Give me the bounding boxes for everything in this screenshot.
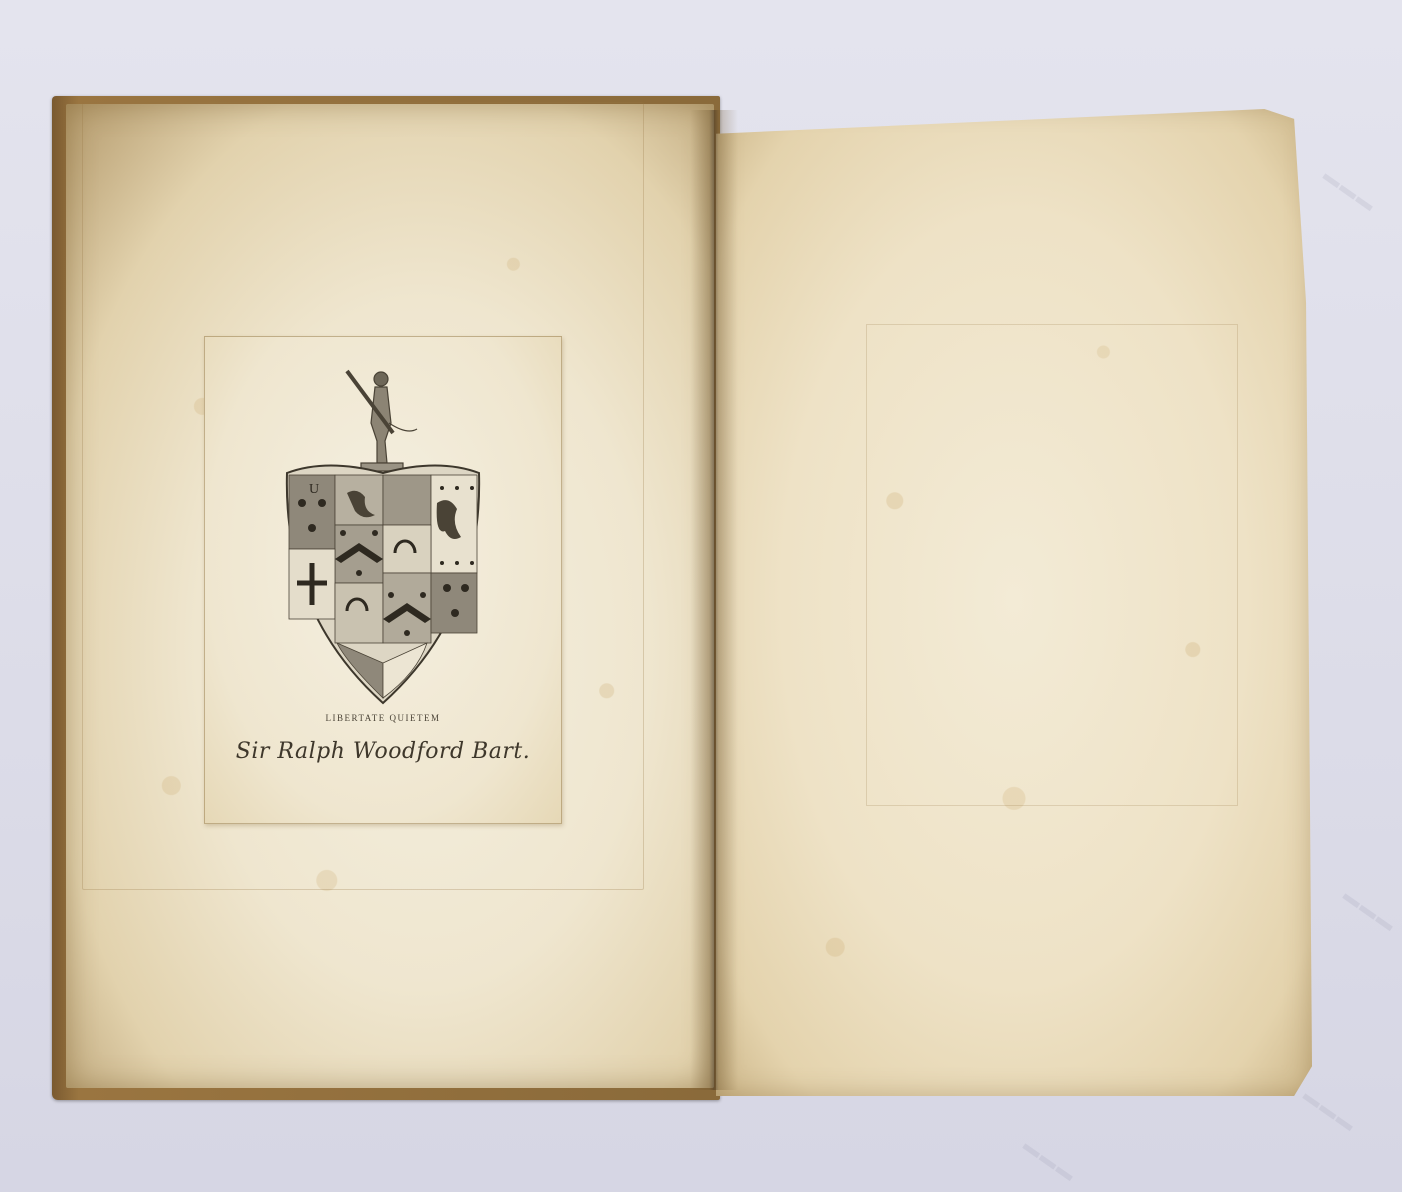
book-gutter [690,110,738,1090]
armorial-bookplate: U LIBERTATE QUIETEM Sir Ralph Woodford B… [204,336,562,824]
svg-text:U: U [309,482,319,497]
coat-of-arms-icon: U [277,363,489,713]
watermark: ▬▬▬ [1339,885,1400,937]
bookplate-motto: LIBERTATE QUIETEM [205,713,561,723]
right-plate-mark [866,324,1238,806]
watermark: ▬▬▬ [1019,1135,1080,1187]
photo-scene: ▬▬▬ ▬▬▬ ▬▬▬ ▬▬▬ [0,0,1402,1192]
watermark: ▬▬▬ [1319,165,1380,217]
watermark: ▬▬▬ [1299,1085,1360,1137]
bookplate-owner-name: Sir Ralph Woodford Bart. [205,739,561,764]
